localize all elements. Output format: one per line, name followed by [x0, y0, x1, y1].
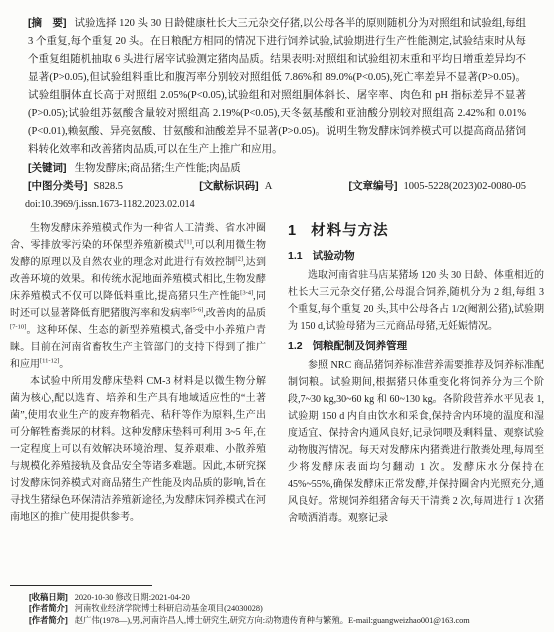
footnote-author-text: 赵广伟(1978—),男,河南许昌人,博士研究生,研究方向:动物遗传育种与繁殖。…	[75, 616, 470, 625]
footnote-author-label: [作者简介]	[29, 615, 68, 625]
abstract-text: 试验选择 120 头 30 日龄健康杜长大三元杂交仔猪,以公母各半的原则随机分为…	[28, 18, 526, 155]
clc-value: S828.5	[94, 181, 123, 192]
footnote-fund-text: 河南牧业经济学院博士科研启动基金项目(24030028)	[75, 604, 263, 613]
footnote-separator-rule	[10, 585, 152, 586]
keywords-text: 生物发酵床;商品猪;生产性能;肉品质	[75, 163, 241, 174]
section-number: 1	[288, 223, 297, 239]
article-id-label: [文章编号]	[349, 180, 398, 192]
doc-code-item: [文献标识码]A	[199, 178, 272, 195]
subsection-1-title: 试验动物	[313, 250, 355, 262]
subsection-2-number: 1.2	[288, 340, 303, 352]
classification-row: [中图分类号]S828.5 [文献标识码]A [文章编号]1005-5228(2…	[28, 178, 526, 195]
doi-line: doi:10.3969/j.issn.1673-1182.2023.02.014	[25, 196, 554, 213]
footnote-fund-label: [作者简介]	[29, 603, 68, 613]
footnote-fund-project: [作者简介]河南牧业经济学院博士科研启动基金项目(24030028)	[10, 603, 546, 615]
keywords-label: [关键词]	[28, 162, 67, 174]
footnote-received-text: 2020-10-30 修改日期:2021-04-20	[75, 593, 190, 602]
paper-page: [摘 要]试验选择 120 头 30 日龄健康杜长大三元杂交仔猪,以公母各半的原…	[0, 0, 554, 632]
intro-paragraph-2: 本试验中所用发酵床垫料 CM-3 材料是以微生物分解菌为核心,配以选育、培养和生…	[10, 373, 266, 526]
subsection-heading-animals: 1.1试验动物	[288, 248, 544, 265]
footnote-author-bio: [作者简介]赵广伟(1978—),男,河南许昌人,博士研究生,研究方向:动物遗传…	[10, 615, 546, 627]
abstract-paragraph: [摘 要]试验选择 120 头 30 日龄健康杜长大三元杂交仔猪,以公母各半的原…	[28, 14, 526, 159]
methods-paragraph-feeding: 参照 NRC 商品猪饲养标准营养需要推荐及饲养标准配制饲粮。试验期间,根据猪只体…	[288, 357, 544, 527]
doc-code-label: [文献标识码]	[199, 180, 259, 192]
methods-paragraph-animals: 选取河南省驻马店某猪场 120 头 30 日龄、体重相近的杜长大三元杂交仔猪,公…	[288, 267, 544, 335]
subsection-heading-feeding: 1.2饲粮配制及饲养管理	[288, 338, 544, 355]
footnote-received-label: [收稿日期]	[29, 592, 68, 602]
intro-paragraph-1: 生物发酵床养殖模式作为一种省人工清粪、省水冲圈舍、零排放零污染的环保型养殖新模式…	[10, 220, 266, 373]
right-column: 1材料与方法 1.1试验动物 选取河南省驻马店某猪场 120 头 30 日龄、体…	[288, 220, 544, 527]
clc-label: [中图分类号]	[28, 180, 88, 192]
article-id-value: 1005-5228(2023)02-0080-05	[404, 181, 526, 192]
subsection-1-number: 1.1	[288, 250, 303, 262]
footnote-block: [收稿日期]2020-10-30 修改日期:2021-04-20 [作者简介]河…	[0, 581, 554, 629]
article-id-item: [文章编号]1005-5228(2023)02-0080-05	[349, 178, 526, 195]
footnote-received-date: [收稿日期]2020-10-30 修改日期:2021-04-20	[10, 592, 546, 604]
body-columns: 生物发酵床养殖模式作为一种省人工清粪、省水冲圈舍、零排放零污染的环保型养殖新模式…	[10, 220, 544, 527]
keywords-row: [关键词]生物发酵床;商品猪;生产性能;肉品质	[28, 160, 526, 177]
doc-code-value: A	[265, 181, 273, 192]
abstract-label: [摘 要]	[28, 17, 67, 29]
section-title: 材料与方法	[311, 223, 389, 239]
section-heading-methods: 1材料与方法	[288, 223, 544, 240]
subsection-2-title: 饲粮配制及饲养管理	[313, 340, 408, 352]
clc-item: [中图分类号]S828.5	[28, 178, 123, 195]
left-column: 生物发酵床养殖模式作为一种省人工清粪、省水冲圈舍、零排放零污染的环保型养殖新模式…	[10, 220, 266, 527]
